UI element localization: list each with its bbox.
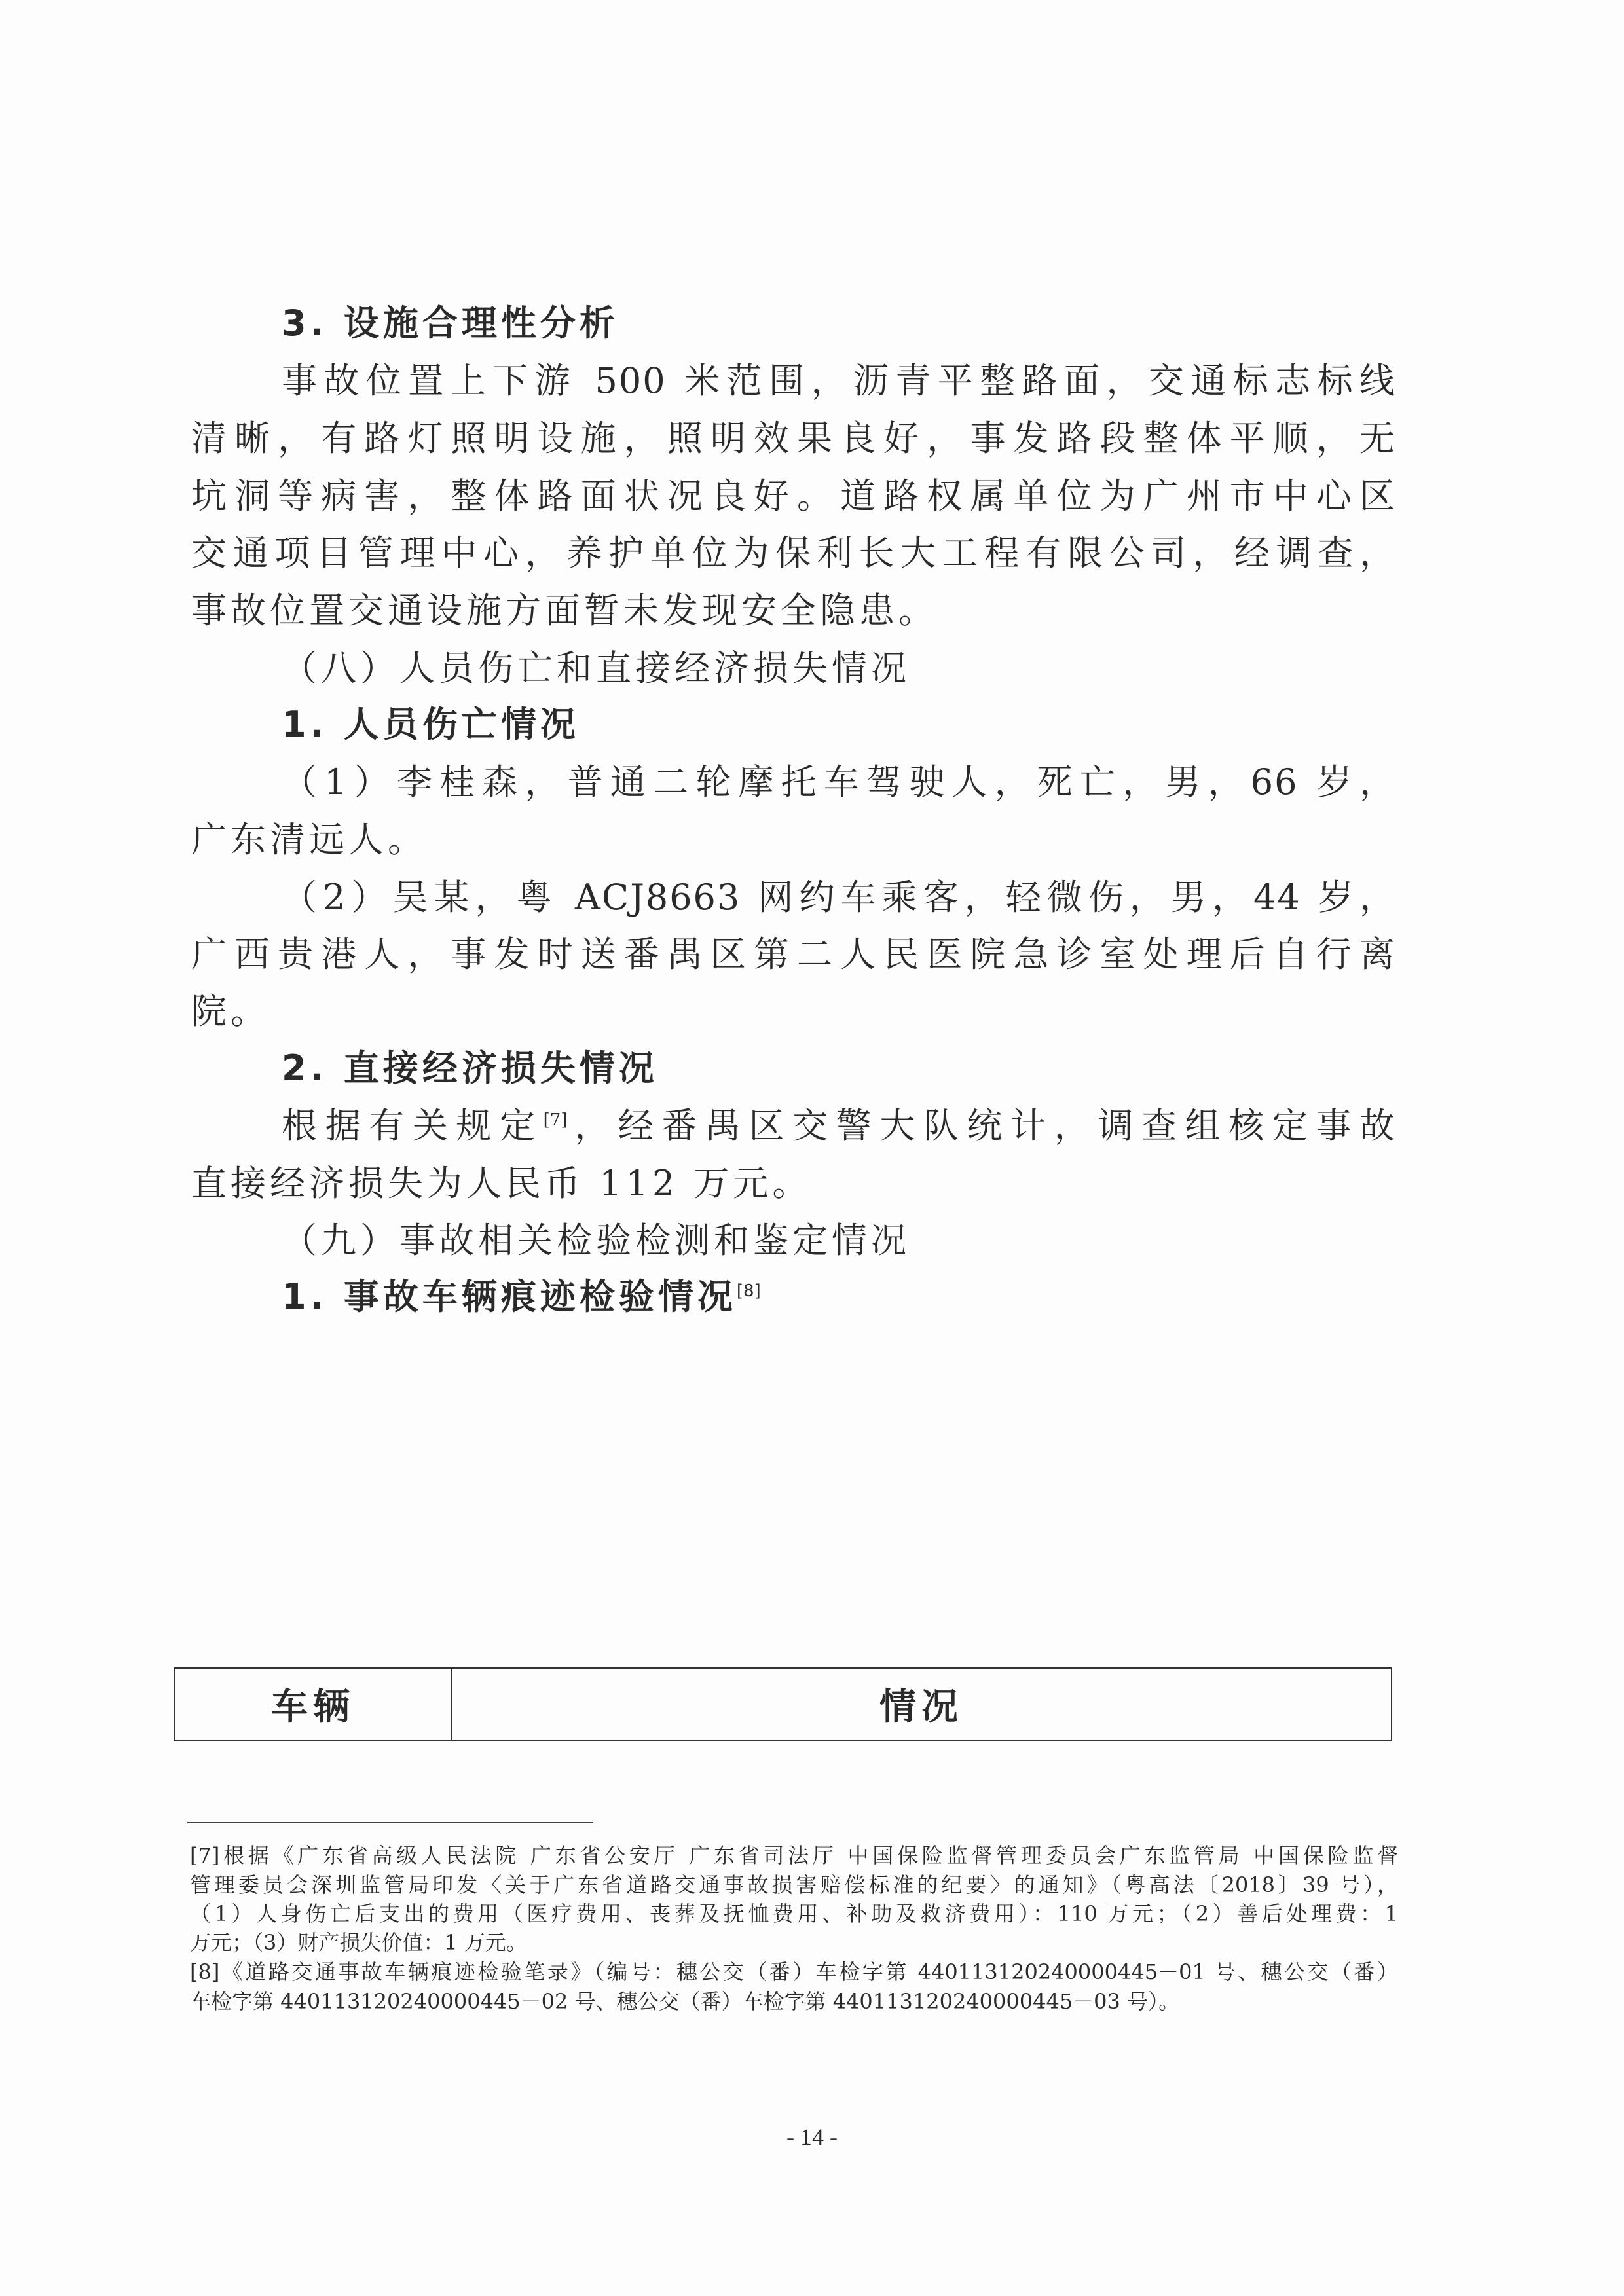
footnote-7-line: （1）人身伤亡后支出的费用（医疗费用、丧葬及抚恤费用、补助及救济费用）：110 … [190, 1899, 1398, 1929]
heading-economic-loss: 2. 直接经济损失情况 [191, 1040, 1396, 1097]
heading-vehicle-trace-inspection: 1. 事故车辆痕迹检验情况[8] [191, 1268, 1396, 1325]
casualty-item-1: （1）李桂森，普通二轮摩托车驾驶人，死亡，男，66 岁， [191, 754, 1396, 811]
casualty-item-1-cont: 广东清远人。 [191, 811, 1396, 868]
paragraph-line: 事故位置交通设施方面暂未发现安全隐患。 [191, 582, 1396, 639]
paragraph-line: 清晰，有路灯照明设施，照明效果良好，事发路段整体平顺，无 [191, 410, 1396, 467]
paragraph-line: 事故位置上下游 500 米范围，沥青平整路面，交通标志标线 [191, 352, 1396, 409]
economic-loss-text: ，经番禺区交警大队统计，调查组核定事故 [567, 1105, 1396, 1146]
casualty-item-2: （2）吴某，粤 ACJ8663 网约车乘客，轻微伤，男，44 岁， [191, 869, 1396, 926]
heading-casualties: 1. 人员伤亡情况 [191, 696, 1396, 753]
economic-loss-line-2: 直接经济损失为人民币 112 万元。 [191, 1155, 1396, 1212]
vehicle-inspection-table: 车辆 情况 [174, 1667, 1392, 1741]
paragraph-line: 坑洞等病害，整体路面状况良好。道路权属单位为广州市中心区 [191, 467, 1396, 524]
economic-loss-line-1: 根据有关规定[7]，经番禺区交警大队统计，调查组核定事故 [191, 1097, 1396, 1154]
paragraph-line: 交通项目管理中心，养护单位为保利长大工程有限公司，经调查， [191, 524, 1396, 581]
footnote-ref-7[interactable]: [7] [544, 1110, 568, 1130]
footnote-7-line: 管理委员会深圳监管局印发〈关于广东省道路交通事故损害赔偿标准的纪要〉的通知》（粤… [190, 1870, 1398, 1900]
footnote-8-line: 车检字第 440113120240000445－02 号、穗公交（番）车检字第 … [190, 1987, 1398, 2016]
footnote-8-line: [8]《道路交通事故车辆痕迹检验笔录》（编号：穗公交（番）车检字第 440113… [190, 1958, 1398, 1987]
page-number: - 14 - [0, 2123, 1624, 2151]
heading-inspection: （九）事故相关检验检测和鉴定情况 [191, 1212, 1396, 1269]
document-page: 3. 设施合理性分析 事故位置上下游 500 米范围，沥青平整路面，交通标志标线… [0, 0, 1624, 2296]
casualty-item-2-cont: 院。 [191, 983, 1396, 1040]
footnote-7-line: [7]根据《广东省高级人民法院 广东省公安厅 广东省司法厅 中国保险监督管理委员… [190, 1841, 1398, 1870]
casualty-item-2-cont: 广西贵港人，事发时送番禺区第二人民医院急诊室处理后自行离 [191, 926, 1396, 983]
footnote-ref-8[interactable]: [8] [737, 1281, 761, 1301]
heading-casualties-and-losses: （八）人员伤亡和直接经济损失情况 [191, 640, 1396, 697]
heading-text: 1. 事故车辆痕迹检验情况 [282, 1276, 737, 1317]
table-header-vehicle: 车辆 [175, 1669, 452, 1740]
footnote-7-line: 万元；（3）财产损失价值：1 万元。 [190, 1928, 1398, 1958]
heading-facility-analysis: 3. 设施合理性分析 [191, 295, 1396, 352]
table-header-situation: 情况 [452, 1669, 1391, 1740]
economic-loss-text: 根据有关规定 [282, 1105, 544, 1146]
footnote-separator [187, 1822, 593, 1823]
